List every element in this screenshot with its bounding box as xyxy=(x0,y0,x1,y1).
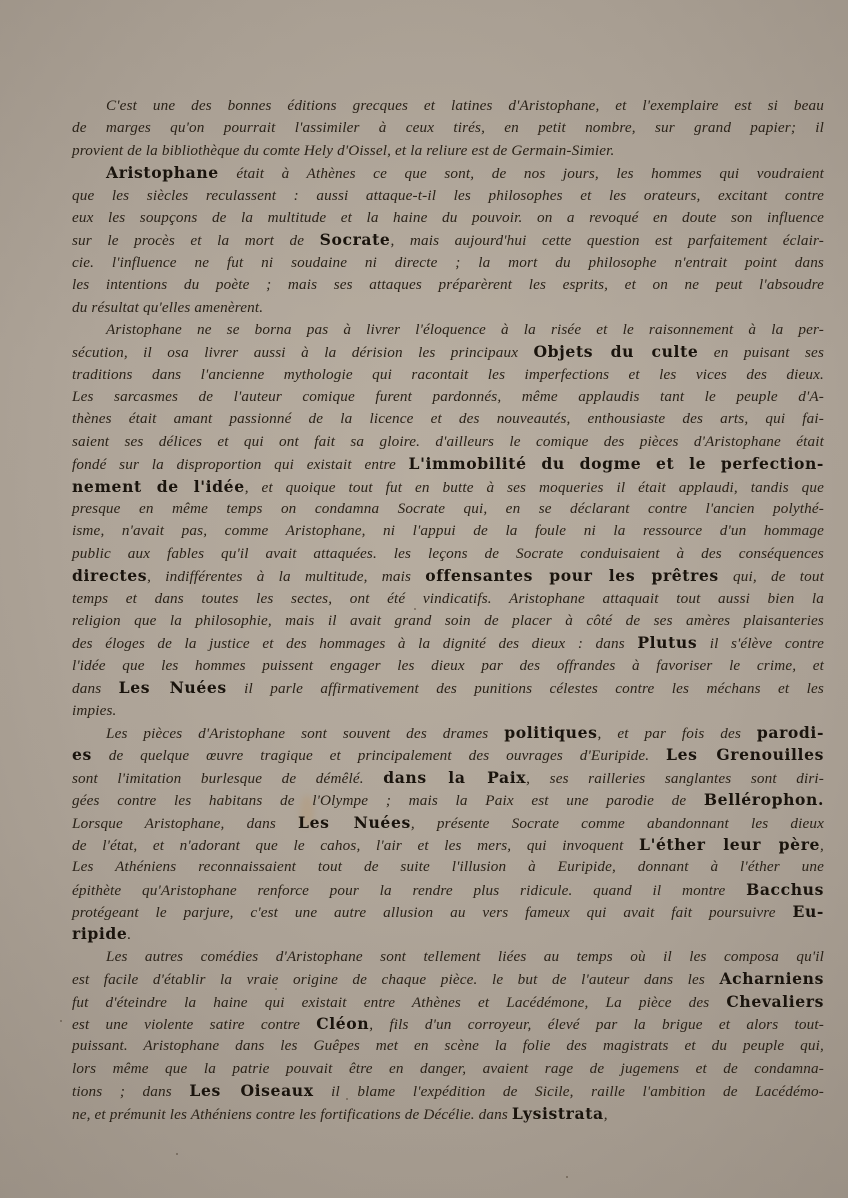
manuscript-line: est une violente satire contre Cléon, fi… xyxy=(72,1013,824,1035)
emphasized-title: Cléon xyxy=(316,1014,369,1033)
manuscript-line: Lorsque Aristophane, dans Les Nuées, pré… xyxy=(72,812,824,834)
line-text: il blame l'expédition de Sicile, raille … xyxy=(314,1083,824,1100)
line-text: temps et dans toutes les sectes, ont été… xyxy=(72,590,824,607)
line-text: lors même que la patrie pouvait être en … xyxy=(72,1060,824,1077)
manuscript-page: C'est une des bonnes éditions grecques e… xyxy=(0,0,848,1198)
line-text: thènes était amant passionné de la licen… xyxy=(72,410,824,427)
line-text: que les siècles reculassent : aussi atta… xyxy=(72,187,824,204)
line-text: Les Athéniens reconnaissaient tout de su… xyxy=(72,858,824,875)
line-text: saient ses délices et qui ont fait sa gl… xyxy=(72,433,824,450)
manuscript-text-block: C'est une des bonnes éditions grecques e… xyxy=(72,95,824,1125)
emphasized-title: Les Nuées xyxy=(298,813,411,832)
emphasized-title: Les Grenouilles xyxy=(666,745,824,764)
manuscript-line: Les Athéniens reconnaissaient tout de su… xyxy=(72,856,824,878)
manuscript-line: Aristophane ne se borna pas à livrer l'é… xyxy=(72,319,824,341)
line-text: ne, et prémunit les Athéniens contre les… xyxy=(72,1106,512,1123)
emphasized-title: Les Nuées xyxy=(119,678,227,697)
emphasized-title: L'éther leur père xyxy=(639,835,820,854)
emphasized-title: directes xyxy=(72,566,147,585)
line-text: est facile d'établir la vraie origine de… xyxy=(72,971,719,988)
line-text: Les autres comédies d'Aristophane sont t… xyxy=(106,948,824,965)
line-text: qui, de tout xyxy=(719,568,824,585)
line-text: , xyxy=(820,837,824,854)
line-text: est une violente satire contre xyxy=(72,1016,316,1033)
line-text: , fils d'un corroyeur, élevé par la brig… xyxy=(369,1016,824,1033)
emphasized-title: L'immobilité du dogme et le perfection- xyxy=(409,454,824,473)
line-text: de l'état, et n'adorant que le cahos, l'… xyxy=(72,837,639,854)
line-text: Aristophane ne se borna pas à livrer l'é… xyxy=(106,321,824,338)
manuscript-line: de l'état, et n'adorant que le cahos, l'… xyxy=(72,834,824,856)
emphasized-title: Aristophane xyxy=(106,163,219,182)
emphasized-title: Socrate xyxy=(320,230,391,249)
line-text: , ses railleries sanglantes sont diri- xyxy=(526,770,824,787)
line-text: provient de la bibliothèque du comte Hel… xyxy=(72,142,614,159)
manuscript-line: Les pièces d'Aristophane sont souvent de… xyxy=(72,722,824,744)
manuscript-line: que les siècles reculassent : aussi atta… xyxy=(72,185,824,207)
line-text: Les pièces d'Aristophane sont souvent de… xyxy=(106,725,504,742)
manuscript-line: saient ses délices et qui ont fait sa gl… xyxy=(72,431,824,453)
line-text: isme, n'avait pas, comme Aristophane, ni… xyxy=(72,522,824,539)
manuscript-line: les intentions du poète ; mais ses attaq… xyxy=(72,274,824,296)
manuscript-line: temps et dans toutes les sectes, ont été… xyxy=(72,588,824,610)
line-text: les intentions du poète ; mais ses attaq… xyxy=(72,276,824,293)
manuscript-line: dans Les Nuées il parle affirmativement … xyxy=(72,677,824,699)
line-text: épithète qu'Aristophane renforce pour la… xyxy=(72,882,746,899)
line-text: protégeant le parjure, c'est une autre a… xyxy=(72,904,793,921)
emphasized-title: dans la Paix xyxy=(383,768,526,787)
line-text: . xyxy=(127,926,131,943)
line-text: Lorsque Aristophane, dans xyxy=(72,815,298,832)
line-text: il s'élève contre xyxy=(697,635,824,652)
manuscript-line: lors même que la patrie pouvait être en … xyxy=(72,1058,824,1080)
manuscript-line: l'idée que les hommes puissent engager l… xyxy=(72,655,824,677)
line-text: traditions dans l'ancienne mythologie qu… xyxy=(72,366,824,383)
manuscript-line: de marges qu'on pourrait l'assimiler à c… xyxy=(72,117,824,139)
emphasized-title: politiques xyxy=(504,723,597,742)
manuscript-line: protégeant le parjure, c'est une autre a… xyxy=(72,901,824,923)
emphasized-title: Acharniens xyxy=(719,969,824,988)
manuscript-line: tions ; dans Les Oiseaux il blame l'expé… xyxy=(72,1080,824,1102)
line-text: sécution, il osa livrer aussi à la déris… xyxy=(72,344,534,361)
line-text: , xyxy=(604,1106,608,1123)
emphasized-title: Objets du culte xyxy=(534,342,699,361)
manuscript-line: isme, n'avait pas, comme Aristophane, ni… xyxy=(72,520,824,542)
manuscript-line: provient de la bibliothèque du comte Hel… xyxy=(72,140,824,162)
manuscript-line: nement de l'idée, et quoique tout fut en… xyxy=(72,476,824,498)
manuscript-line: puissant. Aristophane dans les Guêpes me… xyxy=(72,1035,824,1057)
emphasized-title: Les Oiseaux xyxy=(189,1081,313,1100)
line-text: presque en même temps on condamna Socrat… xyxy=(72,500,824,517)
manuscript-line: sont l'imitation burlesque de démêlé. da… xyxy=(72,767,824,789)
line-text: de quelque œuvre tragique et principalem… xyxy=(92,747,666,764)
emphasized-title: Lysistrata xyxy=(512,1104,604,1123)
line-text: en puisant ses xyxy=(698,344,824,361)
emphasized-title: Eu- xyxy=(793,902,825,921)
manuscript-line: est facile d'établir la vraie origine de… xyxy=(72,968,824,990)
manuscript-line: traditions dans l'ancienne mythologie qu… xyxy=(72,364,824,386)
manuscript-line: ne, et prémunit les Athéniens contre les… xyxy=(72,1103,824,1125)
line-text: Les sarcasmes de l'auteur comique furent… xyxy=(72,388,824,405)
emphasized-title: parodi- xyxy=(757,723,824,742)
line-text: était à Athènes ce que sont, de nos jour… xyxy=(219,165,824,182)
line-text: il parle affirmativement des punitions c… xyxy=(227,680,824,697)
manuscript-line: ripide. xyxy=(72,923,824,945)
manuscript-line: presque en même temps on condamna Socrat… xyxy=(72,498,824,520)
line-text: fut d'éteindre la haine qui existait ent… xyxy=(72,994,726,1011)
manuscript-line: Les sarcasmes de l'auteur comique furent… xyxy=(72,386,824,408)
line-text: tions ; dans xyxy=(72,1083,189,1100)
manuscript-line: gées contre les habitans de l'Olympe ; m… xyxy=(72,789,824,811)
line-text: public aux fables qu'il avait attaquées.… xyxy=(72,545,824,562)
manuscript-line: sécution, il osa livrer aussi à la déris… xyxy=(72,341,824,363)
manuscript-line: public aux fables qu'il avait attaquées.… xyxy=(72,543,824,565)
line-text: sont l'imitation burlesque de démêlé. xyxy=(72,770,383,787)
emphasized-title: Chevaliers xyxy=(726,992,824,1011)
line-text: , et quoique tout fut en butte à ses moq… xyxy=(245,479,824,496)
emphasized-title: Bellérophon. xyxy=(704,790,824,809)
manuscript-line: C'est une des bonnes éditions grecques e… xyxy=(72,95,824,117)
manuscript-line: Les autres comédies d'Aristophane sont t… xyxy=(72,946,824,968)
line-text: gées contre les habitans de l'Olympe ; m… xyxy=(72,792,704,809)
line-text: de marges qu'on pourrait l'assimiler à c… xyxy=(72,119,824,136)
line-text: , mais aujourd'hui cette question est pa… xyxy=(390,232,824,249)
manuscript-line: religion que la philosophie, mais il ava… xyxy=(72,610,824,632)
emphasized-title: Plutus xyxy=(637,633,697,652)
manuscript-line: Aristophane était à Athènes ce que sont,… xyxy=(72,162,824,184)
line-text: puissant. Aristophane dans les Guêpes me… xyxy=(72,1037,824,1054)
emphasized-title: es xyxy=(72,745,92,764)
line-text: , et par fois des xyxy=(598,725,757,742)
line-text: cie. l'influence ne fut ni soudaine ni d… xyxy=(72,254,824,271)
manuscript-line: directes, indifférentes à la multitude, … xyxy=(72,565,824,587)
line-text: eux les soupçons de la multitude et la h… xyxy=(72,209,824,226)
paper-speck xyxy=(176,1153,178,1155)
line-text: , indifférentes à la multitude, mais xyxy=(147,568,425,585)
line-text: des éloges de la justice et des hommages… xyxy=(72,635,637,652)
manuscript-line: fondé sur la disproportion qui existait … xyxy=(72,453,824,475)
manuscript-line: es de quelque œuvre tragique et principa… xyxy=(72,744,824,766)
manuscript-line: cie. l'influence ne fut ni soudaine ni d… xyxy=(72,252,824,274)
line-text: l'idée que les hommes puissent engager l… xyxy=(72,657,824,674)
manuscript-line: des éloges de la justice et des hommages… xyxy=(72,632,824,654)
line-text: religion que la philosophie, mais il ava… xyxy=(72,612,824,629)
emphasized-title: offensantes pour les prêtres xyxy=(425,566,719,585)
manuscript-line: fut d'éteindre la haine qui existait ent… xyxy=(72,991,824,1013)
line-text: , présente Socrate comme abandonnant les… xyxy=(411,815,824,832)
line-text: C'est une des bonnes éditions grecques e… xyxy=(106,97,824,114)
line-text: sur le procès et la mort de xyxy=(72,232,320,249)
emphasized-title: nement de l'idée xyxy=(72,477,245,496)
line-text: impies. xyxy=(72,702,117,719)
manuscript-line: eux les soupçons de la multitude et la h… xyxy=(72,207,824,229)
emphasized-title: Bacchus xyxy=(746,880,824,899)
line-text: du résultat qu'elles amenèrent. xyxy=(72,299,263,316)
emphasized-title: ripide xyxy=(72,924,127,943)
manuscript-line: impies. xyxy=(72,700,824,722)
paper-speck xyxy=(566,1176,568,1178)
manuscript-line: sur le procès et la mort de Socrate, mai… xyxy=(72,229,824,251)
line-text: dans xyxy=(72,680,119,697)
manuscript-line: thènes était amant passionné de la licen… xyxy=(72,408,824,430)
paper-speck xyxy=(60,1020,62,1022)
manuscript-line: épithète qu'Aristophane renforce pour la… xyxy=(72,879,824,901)
line-text: fondé sur la disproportion qui existait … xyxy=(72,456,409,473)
manuscript-line: du résultat qu'elles amenèrent. xyxy=(72,297,824,319)
